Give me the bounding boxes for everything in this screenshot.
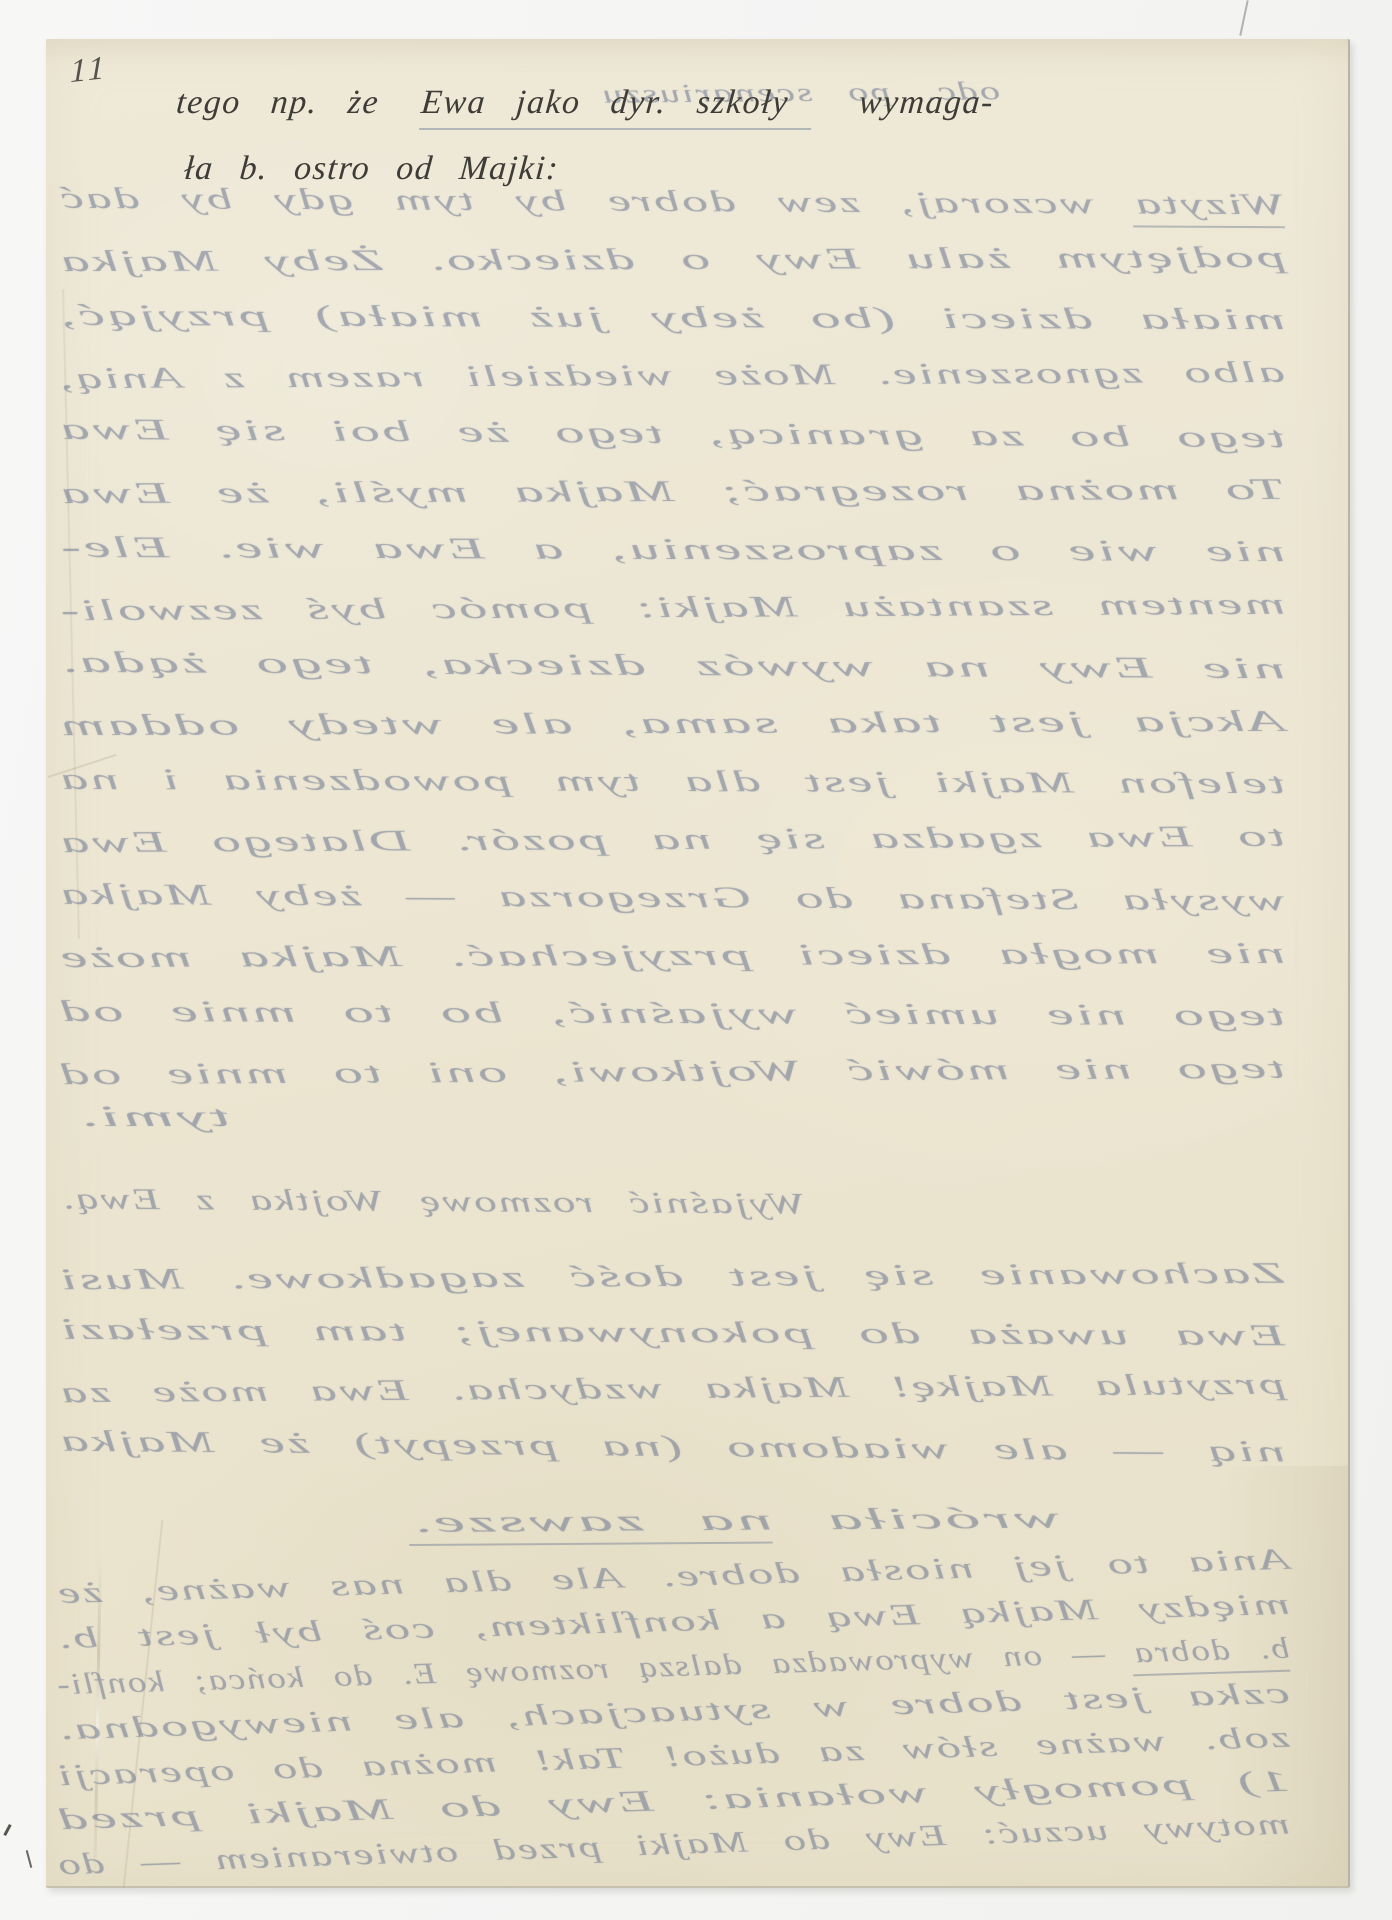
paper-edge-shading — [46, 39, 1348, 65]
paper-crease — [47, 754, 116, 778]
scanned-page: odc. po scenariuszuWizyta wczoraj, zew d… — [0, 0, 1392, 1920]
paper-crease — [123, 1520, 164, 1888]
paper-corner-shading — [1218, 1466, 1348, 1886]
scanner-bed-mark — [26, 1850, 33, 1868]
scanner-bed-mark — [3, 1824, 11, 1836]
paper-sheet — [46, 39, 1350, 1888]
scanner-bed-mark — [1239, 0, 1248, 36]
paper-crease — [62, 289, 80, 939]
paper-crease — [93, 1557, 102, 1885]
